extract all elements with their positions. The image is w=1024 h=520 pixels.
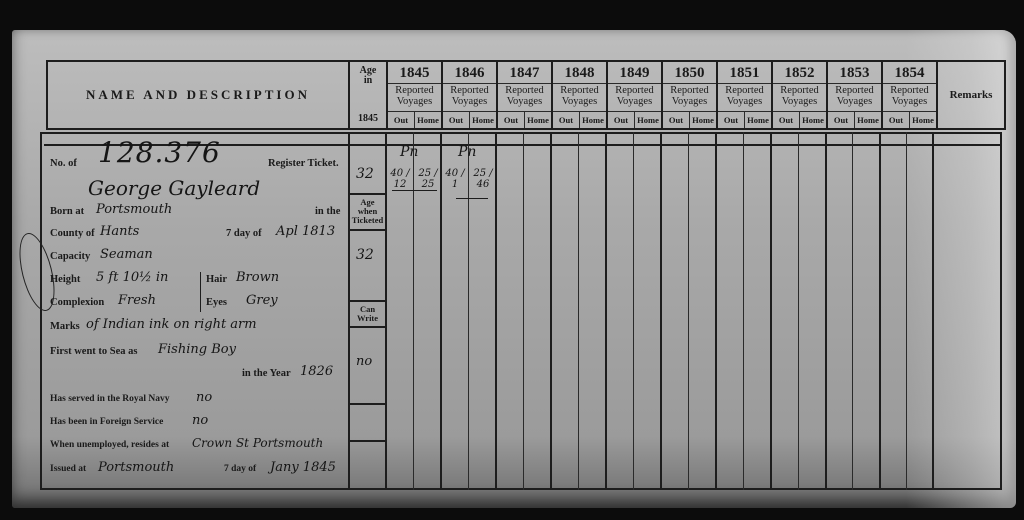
year-divider (771, 60, 773, 130)
year-divider (716, 60, 718, 130)
voyage-1846-mark: Pn (458, 144, 476, 160)
out-home-rule (798, 132, 799, 490)
foreign-service-label: Has been in Foreign Service (50, 417, 163, 427)
height-value: 5 ft 10½ in (96, 270, 168, 285)
eyes-value: Grey (246, 293, 278, 308)
out-home-rule (906, 132, 907, 490)
issued-at-label: Issued at (50, 464, 86, 474)
voyage-1845-out: 40 / 12 (387, 168, 413, 190)
hair-eyes-divider (200, 272, 201, 312)
age-box-rule (348, 403, 387, 405)
voyage-underline (456, 198, 488, 199)
year-label: in the Year (242, 368, 291, 379)
foreign-service-value: no (192, 413, 208, 428)
royal-navy-label: Has served in the Royal Navy (50, 394, 170, 404)
born-at-label: Born at (50, 206, 84, 217)
hair-value: Brown (236, 270, 279, 285)
county-label: County of (50, 228, 95, 239)
out-home-rule (413, 132, 414, 490)
first-sea-year-value: 1826 (300, 364, 333, 379)
register-ticket-label: Register Ticket. (268, 158, 339, 169)
out-home-rule (468, 132, 469, 490)
age-box-rule (348, 440, 387, 442)
birth-day-label: 7 day of (226, 228, 262, 239)
voyage-1845-mark: Pn (400, 144, 418, 160)
eyes-label: Eyes (206, 297, 227, 308)
age-when-ticketed-value: 32 (356, 247, 374, 263)
year-header-1851: 1851 Reported Voyages OutHome (718, 62, 771, 128)
born-at-value: Portsmouth (96, 202, 172, 217)
ticket-number: 128.376 (98, 136, 221, 169)
issued-day-label: 7 day of (224, 464, 256, 474)
year-header-1847: 1847 Reported Voyages OutHome (498, 62, 551, 128)
capacity-value: Seaman (100, 247, 153, 262)
age-when-ticketed-label: Age when Ticketed (350, 198, 385, 225)
column-rule (932, 132, 934, 490)
age-box-rule (348, 229, 387, 231)
out-home-rule (578, 132, 579, 490)
age-box-rule (348, 193, 387, 195)
marks-label: Marks (50, 321, 80, 332)
hair-label: Hair (206, 274, 227, 285)
out-home-rule (688, 132, 689, 490)
voyage-1846-home: 25 / 46 (470, 168, 496, 190)
out-home-rule (523, 132, 524, 490)
complexion-label: Complexion (50, 297, 104, 308)
column-rule (770, 132, 772, 490)
year-divider (661, 60, 663, 130)
first-sea-value: Fishing Boy (158, 342, 236, 357)
age-in-year: 1845 (350, 114, 386, 124)
year-header-1848: 1848 Reported Voyages OutHome (553, 62, 606, 128)
year-header-1849: 1849 Reported Voyages OutHome (608, 62, 661, 128)
year-header-1853: 1853 Reported Voyages OutHome (828, 62, 881, 128)
age-in-header: Age in 1845 (350, 62, 386, 128)
voyage-underline (392, 190, 437, 191)
resides-value: Crown St Portsmouth (192, 436, 323, 450)
can-write-label: Can Write (350, 305, 385, 323)
capacity-label: Capacity (50, 251, 90, 262)
column-rule (550, 132, 552, 490)
header-title: NAME AND DESCRIPTION (48, 62, 348, 128)
age-box-rule (348, 300, 387, 302)
year-header-1845: 1845 Reported Voyages OutHome (388, 62, 441, 128)
year-header-1854: 1854 Reported Voyages OutHome (883, 62, 936, 128)
year-header-1846: 1846 Reported Voyages OutHome (443, 62, 496, 128)
in-the-label: in the (315, 206, 340, 217)
seaman-name: George Gayleard (88, 176, 260, 200)
column-rule (660, 132, 662, 490)
year-divider (441, 60, 443, 130)
year-divider (496, 60, 498, 130)
voyage-1845-home: 25 / 25 (415, 168, 441, 190)
age-in-1845-value: 32 (356, 166, 374, 182)
height-label: Height (50, 274, 80, 285)
column-rule (605, 132, 607, 490)
age-in-label: Age in (355, 66, 381, 86)
column-rule (825, 132, 827, 490)
year-header-1850: 1850 Reported Voyages OutHome (663, 62, 716, 128)
year-divider (826, 60, 828, 130)
first-sea-label: First went to Sea as (50, 346, 138, 357)
out-home-rule (633, 132, 634, 490)
column-rule (715, 132, 717, 490)
resides-label: When unemployed, resides at (50, 440, 169, 450)
out-home-rule (743, 132, 744, 490)
no-of-label: No. of (50, 158, 77, 169)
issued-at-value: Portsmouth (98, 460, 174, 475)
marks-value: of Indian ink on right arm (86, 317, 257, 332)
out-home-rule (852, 132, 853, 490)
remarks-header: Remarks (938, 62, 1004, 128)
can-write-value: no (356, 354, 372, 369)
year-header-1852: 1852 Reported Voyages OutHome (773, 62, 826, 128)
complexion-value: Fresh (118, 293, 156, 308)
year-divider (881, 60, 883, 130)
year-divider (551, 60, 553, 130)
royal-navy-value: no (196, 390, 212, 405)
voyage-1846-out: 40 / 1 (442, 168, 468, 190)
age-box-rule (348, 326, 387, 328)
year-divider (606, 60, 608, 130)
column-rule (879, 132, 881, 490)
birth-date-value: Apl 1813 (276, 224, 335, 239)
county-value: Hants (100, 224, 139, 239)
issued-date-value: Jany 1845 (270, 460, 336, 475)
